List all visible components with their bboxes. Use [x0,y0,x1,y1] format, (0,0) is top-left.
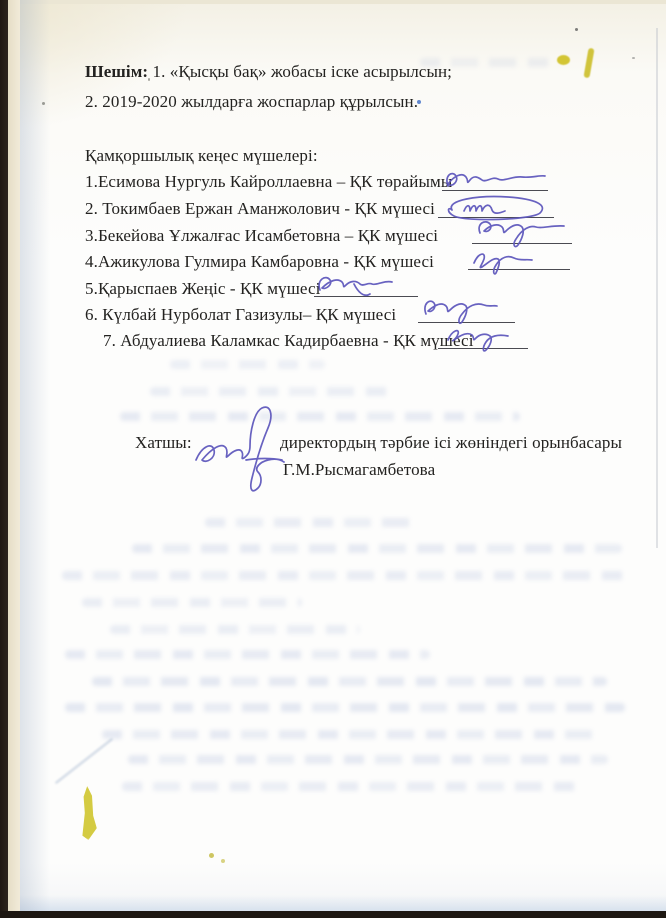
member-6-signature [418,298,515,323]
decision-line-1: Шешім: 1. «Қысқы бақ» жобасы іске асырыл… [85,62,452,82]
yellow-highlighter-wedge [74,786,98,840]
member-row-7: 7. Абдуалиева Каламкас Кадирбаевна - ҚК … [103,331,474,351]
member-row-1: 1.Есимова Нургуль Кайроллаевна – ҚК төра… [85,172,452,192]
yellow-dot-mark [557,55,570,65]
secretary-name: Г.М.Рысмагамбетова [283,460,435,480]
member-7-signature [438,324,528,349]
page-top-edge [0,0,666,4]
member-row-2: 2. Токимбаев Ержан Аманжолович - ҚК мүше… [85,199,435,219]
member-row-3: 3.Бекейова Ұлжалғас Исамбетовна – ҚК мүш… [85,226,438,246]
dark-speck-1 [575,28,578,31]
secretary-title: директордың тәрбие ісі жөніндегі орынбас… [280,433,622,453]
decision-line-2: 2. 2019-2020 жылдарға жоспарлар құрылсын… [85,92,418,112]
page-crease-mark [55,738,113,784]
member-row-6: 6. Күлбай Нурболат Газизулы– ҚК мүшесі [85,305,396,325]
decision-label: Шешім: [85,62,148,81]
member-5-signature [314,272,418,297]
member-4-signature [468,246,570,270]
yellow-dash-mark [583,48,594,79]
member-3-signature [472,218,572,244]
member-row-5: 5.Қарыспаев Жеңіс - ҚК мүшесі [85,279,320,299]
page-bottom-curl [8,895,666,911]
member-2-signature [438,192,554,218]
member-row-4: 4.Ажикулова Гулмира Камбаровна - ҚК мүше… [85,252,434,272]
page-cream-edge [8,0,20,918]
secretary-label: Хатшы: [135,433,192,453]
yellow-speck-2 [221,859,225,863]
page-right-edge-line [656,28,658,548]
page-bottom-edge [0,911,666,918]
binding-dark-edge [0,0,8,918]
member-1-signature [442,166,548,191]
page-curl-shadow [20,0,50,918]
dark-speck-4 [632,57,635,59]
yellow-speck-1 [209,853,214,858]
council-heading: Қамқоршылық кеңес мүшелері: [85,146,318,166]
decision-item-2: 2. 2019-2020 жылдарға жоспарлар құрылсын… [85,92,418,111]
decision-item-1: 1. «Қысқы бақ» жобасы іске асырылсын; [153,62,452,81]
scanned-document-page: Шешім: 1. «Қысқы бақ» жобасы іске асырыл… [0,0,666,918]
secretary-signature [188,398,288,503]
